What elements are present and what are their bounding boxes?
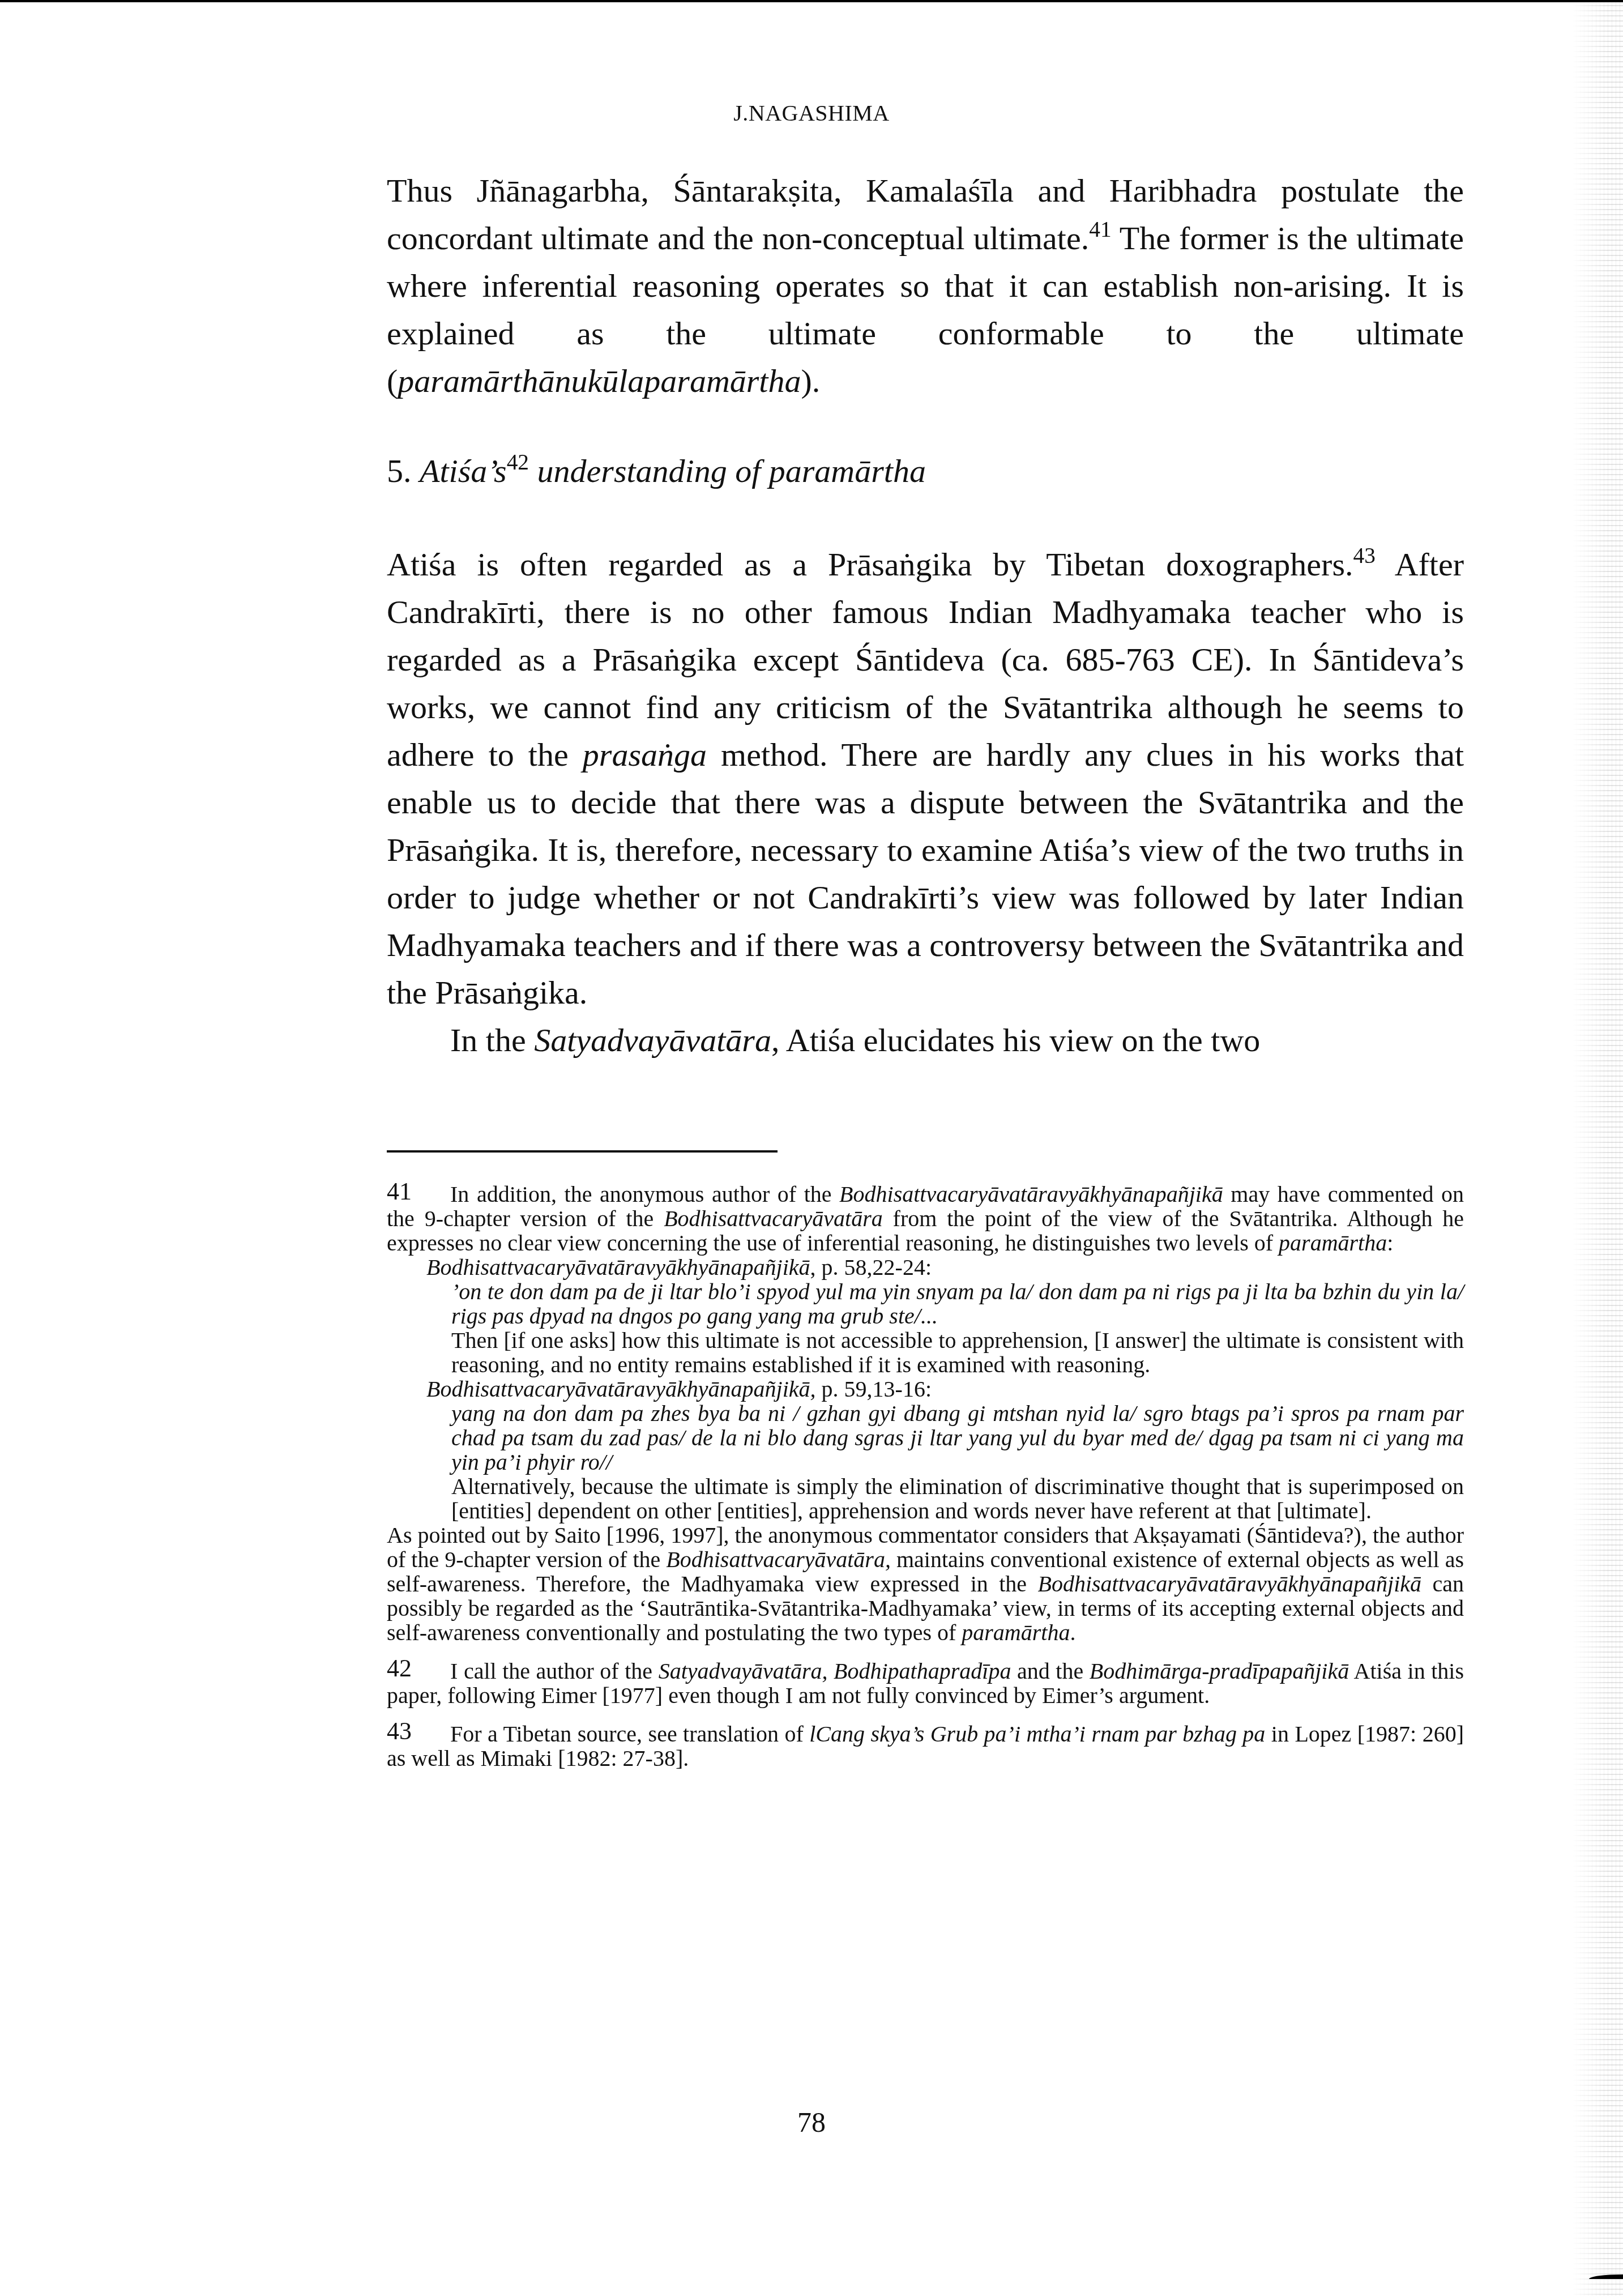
scan-top-edge [0, 0, 1623, 2]
footnote-42: 42I call the author of the Satyadvayāvat… [387, 1656, 1464, 1708]
footnote-number: 41 [387, 1179, 450, 1204]
sanskrit-term: prasaṅga [583, 736, 707, 773]
body-paragraph: In the Satyadvayāvatāra, Atiśa elucidate… [387, 1017, 1464, 1064]
body-paragraph: Atiśa is often regarded as a Prāsaṅgika … [387, 541, 1464, 1017]
tibetan-quote: yang na don dam pa zhes bya ba ni / gzha… [387, 1401, 1464, 1474]
running-head: J.NAGASHIMA [0, 100, 1623, 126]
footnote-41: 41In addition, the anonymous author of t… [387, 1179, 1464, 1645]
citation-source: Bodhisattvacaryāvatāravyākhyānapañjikā, … [387, 1377, 1464, 1401]
tibetan-quote: ’on te don dam pa de ji ltar blo’i spyod… [387, 1279, 1464, 1328]
paragraph-concordant-ultimate: Thus Jñānagarbha, Śāntarakṣita, Kamalaśī… [387, 167, 1464, 405]
page-number: 78 [0, 2106, 1623, 2139]
footnotes: 41In addition, the anonymous author of t… [387, 1179, 1464, 1782]
section-heading: 5. Atiśa’s42 understanding of paramārtha [387, 447, 1464, 495]
footnote-separator [387, 1150, 778, 1153]
footnote-43: 43For a Tibetan source, see translation … [387, 1719, 1464, 1770]
quote-translation: Then [if one asks] how this ultimate is … [387, 1328, 1464, 1377]
footnote-ref-43[interactable]: 43 [1353, 543, 1375, 568]
footnote-number: 43 [387, 1719, 450, 1743]
text-title: Satyadvayāvatāra [534, 1022, 771, 1059]
citation-source: Bodhisattvacaryāvatāravyākhyānapañjikā, … [387, 1255, 1464, 1279]
sanskrit-term: paramārthānukūlaparamārtha [398, 362, 801, 399]
body-paragraph: Thus Jñānagarbha, Śāntarakṣita, Kamalaśī… [387, 167, 1464, 405]
quote-translation: Alternatively, because the ultimate is s… [387, 1474, 1464, 1523]
footnote-closing: As pointed out by Saito [1996, 1997], th… [387, 1523, 1464, 1645]
footnote-ref-41[interactable]: 41 [1089, 217, 1111, 242]
footnote-number: 42 [387, 1656, 450, 1680]
scan-edge-noise [1572, 0, 1623, 2296]
section-body: Atiśa is often regarded as a Prāsaṅgika … [387, 541, 1464, 1064]
footnote-ref-42[interactable]: 42 [507, 450, 529, 475]
